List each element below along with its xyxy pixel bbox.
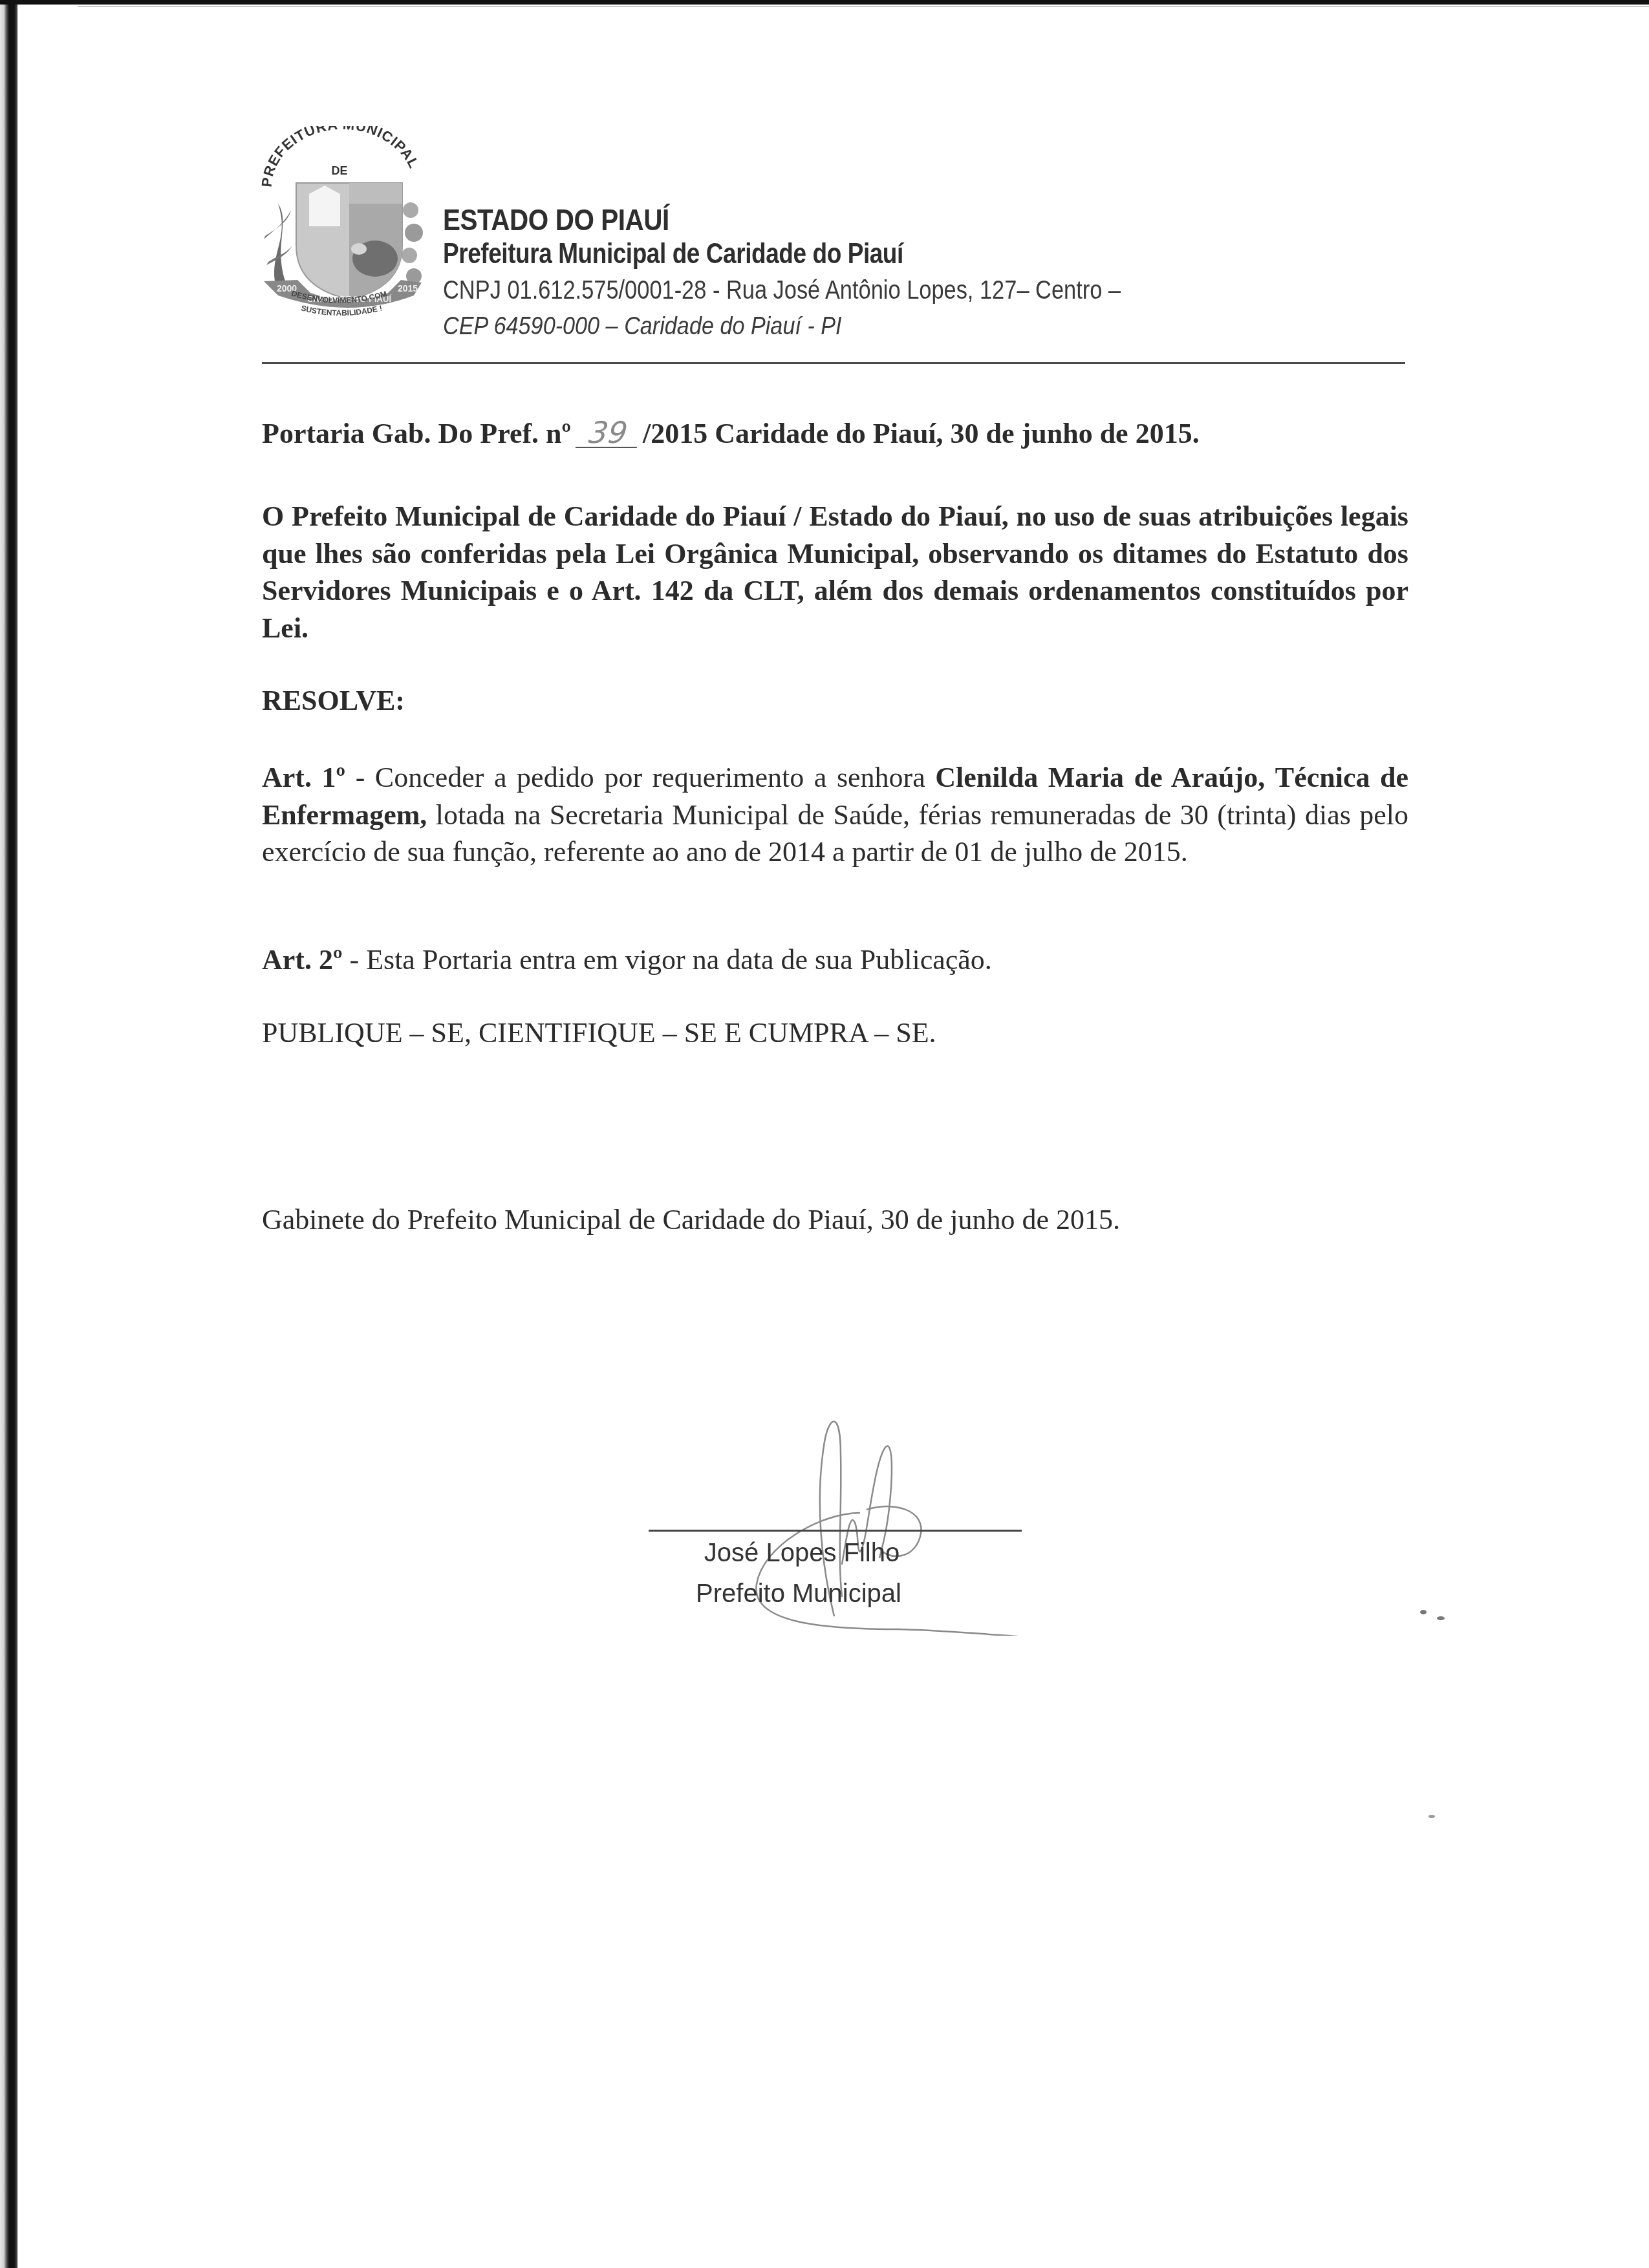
scan-speck xyxy=(1420,1610,1427,1614)
scan-top-edge xyxy=(0,0,1649,5)
article-2-label: Art. 2º xyxy=(262,944,342,976)
portaria-number-handwritten: 39 xyxy=(576,418,641,448)
article-2: Art. 2º - Esta Portaria entra em vigor n… xyxy=(262,941,1408,979)
header-cnpj-address: CNPJ 01.612.575/0001-28 - Rua José Antôn… xyxy=(443,276,1121,305)
logo-middle-text: DE xyxy=(331,164,347,177)
article-1-text-a: - Conceder a pedido por requerimento a s… xyxy=(345,762,935,793)
scan-left-edge xyxy=(0,0,18,2268)
article-1-label: Art. 1º xyxy=(262,762,345,793)
signatory-role: Prefeito Municipal xyxy=(647,1579,951,1609)
logo-year-right: 2015 xyxy=(398,283,418,294)
portaria-suffix: /2015 Caridade do Piauí, 30 de junho de … xyxy=(643,418,1200,449)
article-1-text-b: lotada na Secretaria Municipal de Saúde,… xyxy=(262,799,1408,868)
logo-top-text: PREFEITURA MUNICIPAL xyxy=(259,126,422,188)
article-2-text: - Esta Portaria entra em vigor na data d… xyxy=(342,944,991,976)
scan-speck xyxy=(1437,1616,1445,1620)
scan-speck xyxy=(1428,1815,1435,1818)
header-state: ESTADO DO PIAUÍ xyxy=(443,202,669,237)
header-prefecture: Prefeitura Municipal de Caridade do Piau… xyxy=(443,238,903,270)
closing-place-date: Gabinete do Prefeito Municipal de Carida… xyxy=(262,1201,1408,1239)
scan-top-line xyxy=(78,6,1649,7)
resolve-heading: RESOLVE: xyxy=(262,682,1408,720)
svg-text:PREFEITURA MUNICIPAL: PREFEITURA MUNICIPAL xyxy=(259,126,422,188)
article-1: Art. 1º - Conceder a pedido por requerim… xyxy=(262,759,1408,871)
intro-paragraph: O Prefeito Municipal de Caridade do Piau… xyxy=(262,498,1408,647)
header-cep: CEP 64590-000 – Caridade do Piauí - PI xyxy=(443,313,842,341)
coat-of-arms-icon: PREFEITURA MUNICIPAL DE 2000 2015 CARIDA… xyxy=(252,126,428,320)
publication-order: PUBLIQUE – SE, CIENTIFIQUE – SE E CUMPRA… xyxy=(262,1014,1408,1052)
portaria-prefix: Portaria Gab. Do Pref. nº xyxy=(262,418,571,449)
portaria-heading: Portaria Gab. Do Pref. nº39/2015 Caridad… xyxy=(262,415,1408,453)
signature-line xyxy=(649,1530,1022,1532)
article-1-employee-name: Clenilda Maria de Araújo, xyxy=(935,762,1265,793)
signatory-name: José Lopes Filho xyxy=(650,1539,954,1568)
header-divider xyxy=(262,362,1405,364)
